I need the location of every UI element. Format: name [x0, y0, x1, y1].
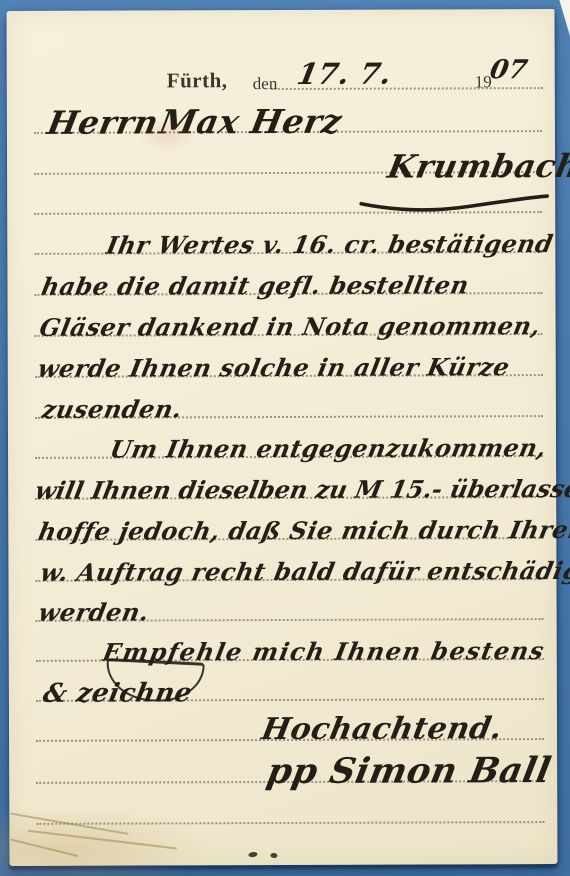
printed-city-label: Fürth, [167, 68, 228, 93]
handwriting-line: werden. [37, 600, 152, 624]
closing-line: & zeichne [41, 680, 194, 707]
handwriting-line: zusenden. [40, 397, 184, 422]
handwriting-line: werde Ihnen solche in aller Kürze [36, 355, 512, 381]
handwriting-line: habe die damit gefl. bestellten [40, 273, 471, 299]
signature: pp Simon Ball [264, 753, 554, 789]
handwriting-line: Ihr Wertes v. 16. cr. bestätigend [104, 232, 555, 258]
handwriting-line: will Ihnen dieselben zu M 15.- überlasse… [33, 477, 570, 503]
ink-dot [270, 853, 277, 859]
handwriting-line: w. Auftrag recht bald dafür entschädigen [39, 559, 570, 585]
handwriting-line: Gläser dankend in Nota genommen, [38, 314, 543, 340]
paper-smudge [137, 118, 197, 152]
handwritten-place: Krumbach [385, 150, 570, 183]
handwritten-date: 17. 7. [295, 60, 394, 89]
postcard: Fürth, den 17. 7. 19 07 Herrn Max Herz K… [7, 9, 558, 866]
handwritten-year: 07 [488, 57, 530, 83]
ink-dot [248, 851, 258, 857]
handwriting-line: hoffe jedoch, daß Sie mich durch Ihren [36, 518, 570, 544]
valediction: Hochachtend. [259, 714, 505, 745]
handwriting-line: Um Ihnen entgegenzukommen, [108, 436, 548, 462]
photo-background: Fürth, den 17. 7. 19 07 Herrn Max Herz K… [0, 0, 570, 876]
printed-den-label: den [253, 74, 278, 94]
place-underline-stroke [359, 193, 551, 220]
background-card-corner [557, 0, 570, 36]
